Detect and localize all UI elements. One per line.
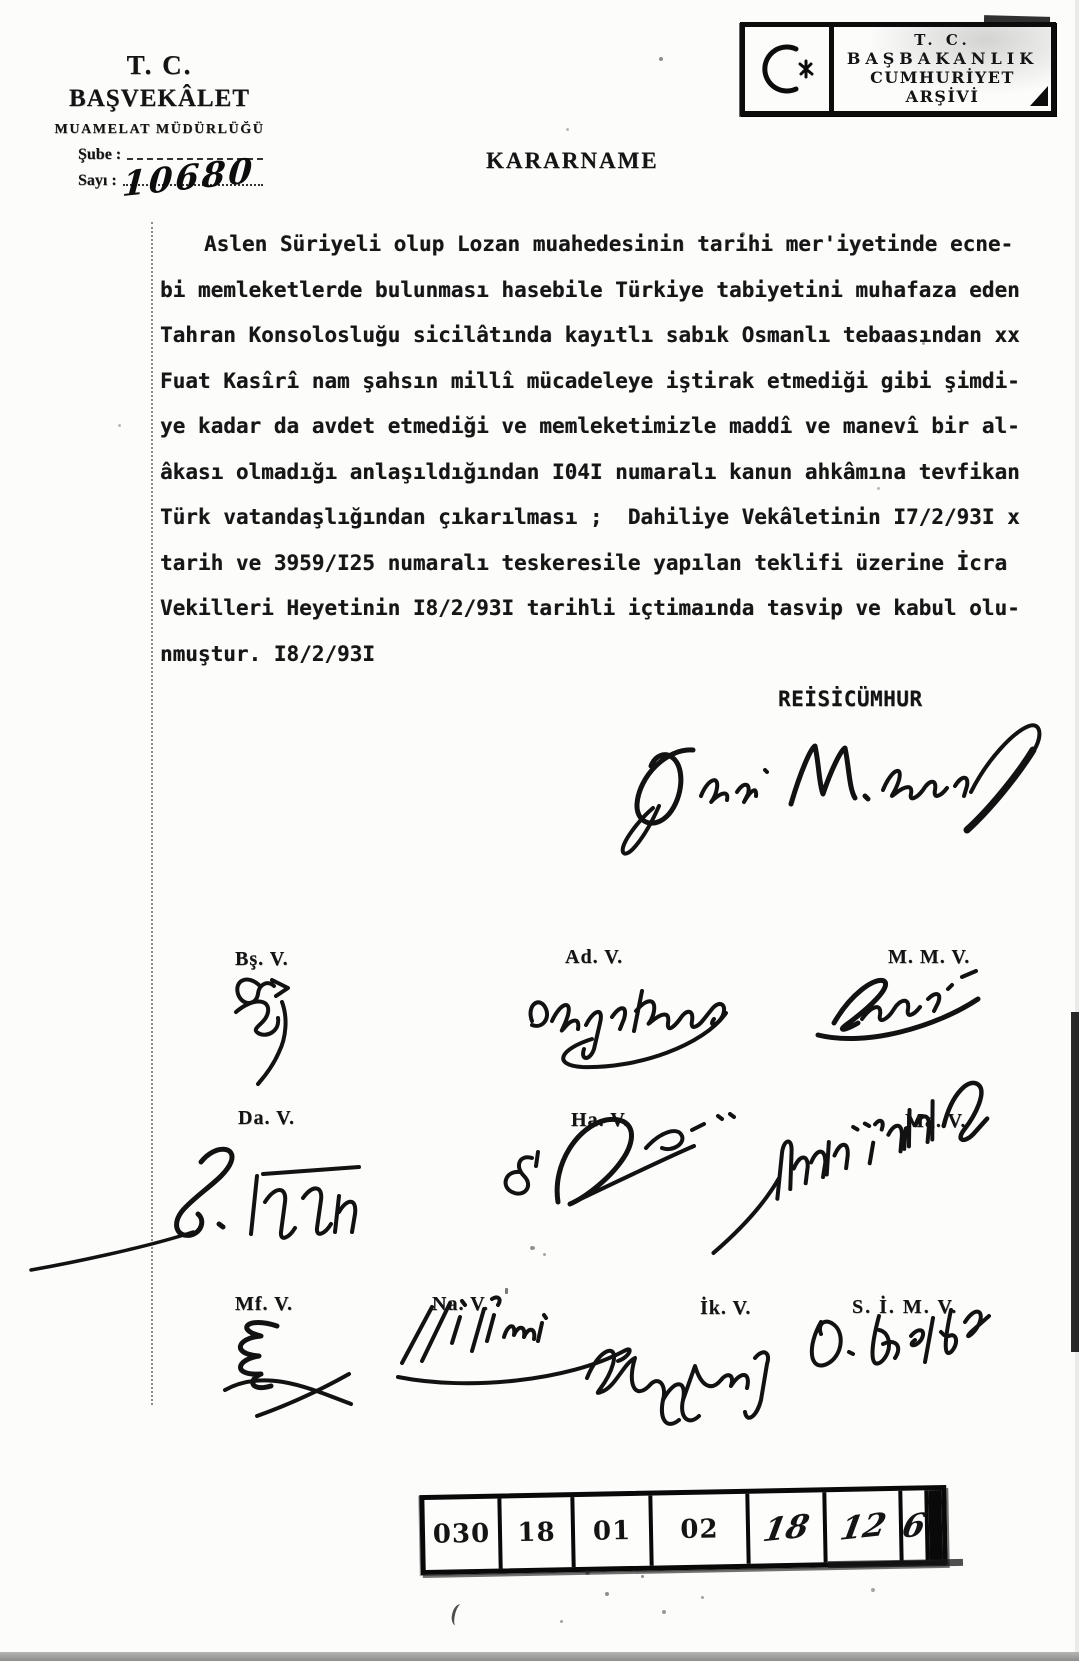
- signature-da-v: [25, 1140, 360, 1275]
- kararname-document-scan: T. C. BAŞVEKÂLET MUAMELAT MÜDÜRLÜĞÜ Şube…: [0, 0, 1079, 1661]
- catalog-handwritten-value: 12: [837, 1505, 889, 1548]
- scan-speck: [922, 342, 925, 345]
- archive-stamp-text: T. C. BAŞBAKANLIK CUMHURİYET ARŞİVİ: [834, 27, 1051, 111]
- signature-mf-v: [213, 1312, 393, 1412]
- catalog-handwritten-value: 6: [899, 1505, 929, 1545]
- scan-speck: [741, 232, 745, 236]
- scan-ink-streak: [828, 1559, 963, 1568]
- scan-speck: [701, 1596, 704, 1599]
- scan-speck: [877, 487, 880, 490]
- scan-speck: [543, 1253, 546, 1256]
- catalog-cell: 030: [424, 1498, 502, 1569]
- catalog-value: 030: [433, 1519, 491, 1550]
- body-line: tarih ve 3959/I25 numaralı teskeresile y…: [160, 541, 1020, 587]
- minister-label-da-v: Da. V.: [238, 1107, 295, 1130]
- signature-ad-v: [518, 965, 783, 1073]
- catalog-handwritten-value: 18: [760, 1507, 812, 1550]
- scan-speck: [618, 428, 621, 431]
- catalog-cell: 18: [749, 1492, 827, 1563]
- scan-bottom-edge: [0, 1652, 1079, 1661]
- decree-body: Aslen Süriyeli olup Lozan muahedesinin t…: [160, 222, 1020, 677]
- signature-s-i-m-v: [795, 1290, 1000, 1408]
- catalog-value: 01: [593, 1516, 632, 1547]
- catalog-cell: 18: [501, 1497, 575, 1568]
- scan-speck: [118, 424, 121, 427]
- signature-m-m-v: [806, 965, 996, 1047]
- body-line: Türk vatandaşlığından çıkarılması ; Dahi…: [160, 495, 1020, 541]
- scan-speck: [566, 128, 569, 131]
- archive-stamp: T. C. BAŞBAKANLIK CUMHURİYET ARŞİVİ: [740, 22, 1056, 116]
- catalog-stamp-ink-blob: [928, 1490, 942, 1560]
- scan-speck: [641, 1575, 644, 1578]
- signature-bs-v: [222, 972, 322, 1090]
- body-line: bi memleketlerde bulunması hasebile Türk…: [160, 268, 1020, 314]
- scan-speck: [871, 1588, 875, 1592]
- catalog-value: 02: [680, 1514, 719, 1545]
- body-line: Aslen Süriyeli olup Lozan muahedesinin t…: [160, 222, 1020, 268]
- crescent-star-icon: [745, 27, 834, 111]
- body-line: ye kadar da avdet etmediği ve memleketim…: [160, 404, 1020, 450]
- scan-speck: [505, 1288, 508, 1294]
- scan-speck: [560, 1620, 563, 1623]
- scan-pen-mark: [450, 1603, 468, 1627]
- body-line: Tahran Konsolosluğu sicilâtında kayıtlı …: [160, 313, 1020, 359]
- body-line: Vekilleri Heyetinin I8/2/93I tarihli içt…: [160, 586, 1020, 632]
- scan-speck: [605, 1592, 609, 1596]
- president-signature-gazi-m-kemal: [615, 708, 1050, 873]
- letterhead-org: BAŞVEKÂLET: [52, 85, 267, 113]
- document-title: KARARNAME: [486, 148, 659, 174]
- archive-stamp-line1: T. C.: [834, 31, 1051, 49]
- body-line: âkası olmadığı anlaşıldığından I04I numa…: [160, 450, 1020, 496]
- body-line: Fuat Kasîrî nam şahsın millî mücadeleye …: [160, 359, 1020, 405]
- scan-right-edge-line: [1071, 1012, 1079, 1352]
- signature-ik-v: [573, 1310, 803, 1442]
- catalog-cell: 12: [826, 1491, 903, 1562]
- archive-stamp-line2: BAŞBAKANLIK: [834, 49, 1051, 68]
- catalog-cell: 6: [902, 1490, 930, 1560]
- stamp-ink-smudge: [984, 15, 1050, 26]
- catalog-value: 18: [517, 1517, 556, 1548]
- letterhead-department: MUAMELAT MÜDÜRLÜĞÜ: [52, 122, 267, 138]
- scan-speck: [585, 1570, 590, 1575]
- body-line: nmuştur. I8/2/93I: [160, 632, 1020, 678]
- catalog-cell: 02: [652, 1494, 750, 1566]
- sayi-label: Sayı :: [78, 172, 117, 190]
- minister-label-bs-v: Bş. V.: [235, 948, 289, 971]
- scan-speck: [659, 57, 663, 61]
- signature-ma-v: [682, 1067, 1077, 1262]
- sube-label: Şube :: [78, 146, 121, 164]
- scan-speck: [530, 1246, 535, 1250]
- scan-right-edge-shade: [1075, 0, 1079, 1661]
- catalog-cell: 01: [574, 1496, 653, 1567]
- archive-stamp-line3: CUMHURİYET ARŞİVİ: [834, 68, 1051, 106]
- letterhead-tc: T. C.: [52, 50, 267, 81]
- scan-speck: [662, 1610, 666, 1614]
